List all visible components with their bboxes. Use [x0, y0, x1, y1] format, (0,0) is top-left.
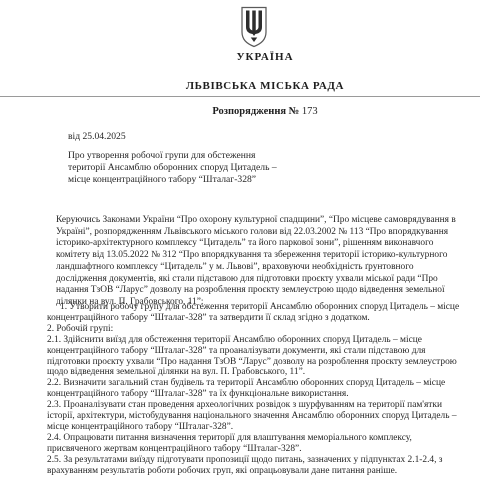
document-number: 173 — [302, 106, 318, 117]
directive-item-2-5: 2.5. За результатами виїзду підготувати … — [47, 455, 461, 477]
header-divider — [0, 96, 480, 97]
document-date: від 25.04.2025 — [68, 131, 126, 142]
ukraine-trident-emblem-icon — [239, 6, 269, 48]
directive-item-2-4: 2.4. Опрацювати питання визначення терит… — [47, 433, 461, 455]
authority-name: ЛЬВІВСЬКА МІСЬКА РАДА — [50, 80, 480, 92]
directive-item-1: 1. Утворити робочу групу для обстеження … — [47, 302, 461, 324]
country-name: УКРАЇНА — [50, 51, 480, 63]
preamble-paragraph: Керуючись Законами України “Про охорону … — [56, 215, 456, 309]
document-title: Про утворення робочої групи для обстежен… — [68, 150, 348, 185]
document-type-heading: Розпорядження № 173 — [50, 106, 480, 117]
directive-items: 1. Утворити робочу групу для обстеження … — [47, 302, 461, 477]
directive-item-2: 2. Робочій групі: — [47, 324, 461, 335]
directive-item-2-3: 2.3. Проаналізувати стан проведення архе… — [47, 400, 461, 433]
document-type-label: Розпорядження № — [212, 106, 299, 117]
directive-item-2-1: 2.1. Здійснити виїзд для обстеження тери… — [47, 335, 461, 379]
document-page: УКРАЇНА ЛЬВІВСЬКА МІСЬКА РАДА Розпорядже… — [0, 0, 480, 477]
directive-item-2-2: 2.2. Визначити загальний стан будівель т… — [47, 378, 461, 400]
